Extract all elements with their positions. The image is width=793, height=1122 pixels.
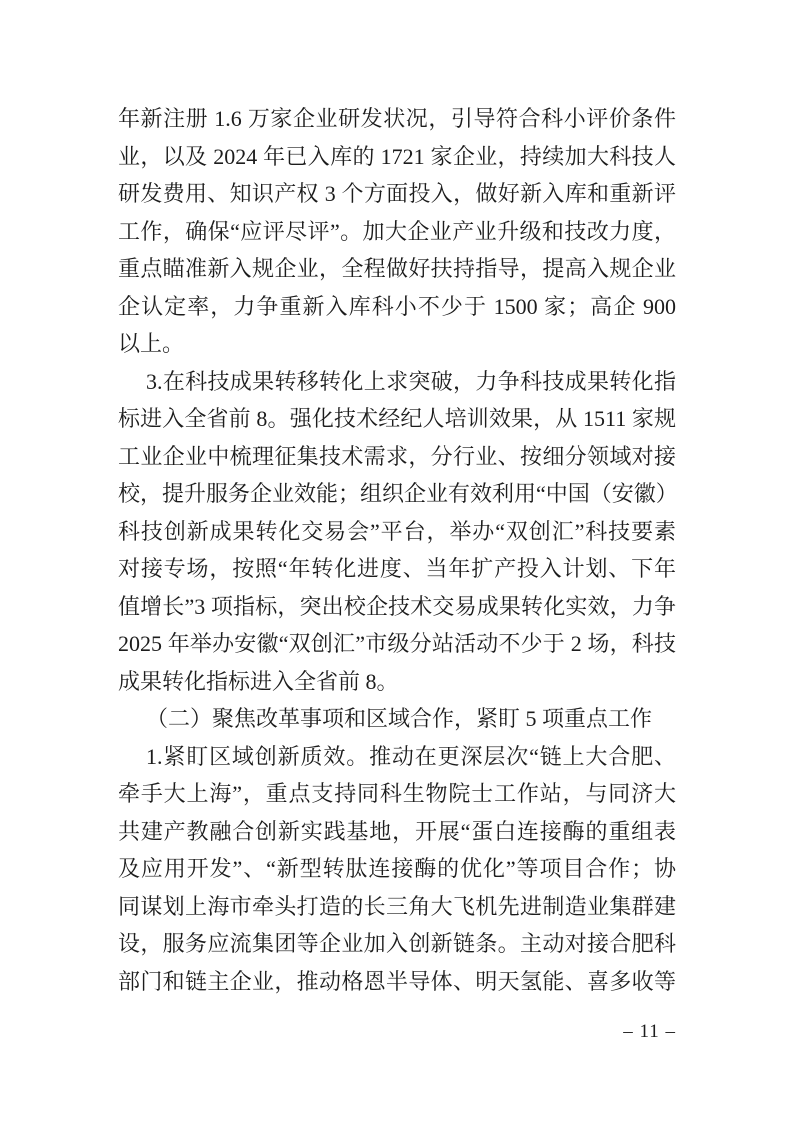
text-line: 牵手大上海”，重点支持同科生物院士工作站，与同济大学 — [118, 775, 676, 813]
section-heading: （二）聚焦改革事项和区域合作，紧盯 5 项重点工作 — [118, 700, 676, 738]
text-line: 年新注册 1.6 万家企业研发状况，引导符合科小评价条件企 — [118, 100, 676, 138]
document-body: 年新注册 1.6 万家企业研发状况，引导符合科小评价条件企 业，以及 2024 … — [118, 100, 676, 1000]
text-line: 科技创新成果转化交易会”平台，举办“双创汇”科技要素 — [118, 513, 676, 551]
text-line: 业，以及 2024 年已入库的 1721 家企业，持续加大科技人员、 — [118, 138, 676, 176]
text-line: 3.在科技成果转移转化上求突破，力争科技成果转化指 — [118, 363, 676, 401]
page-number: – 11 – — [118, 1020, 676, 1044]
text-line: 重点瞄准新入规企业，全程做好扶持指导，提高入规企业高 — [118, 250, 676, 288]
text-line: 对接专场，按照“年转化进度、当年扩产投入计划、下年产 — [118, 550, 676, 588]
text-line: 及应用开发”、“新型转肽连接酶的优化”等项目合作；协 — [118, 850, 676, 888]
text-line: 企认定率，力争重新入库科小不少于 1500 家；高企 900 家 — [118, 288, 676, 326]
text-line: 1.紧盯区域创新质效。推动在更深层次“链上大合肥、 — [118, 738, 676, 776]
text-line: 校，提升服务企业效能；组织企业有效利用“中国（安徽） — [118, 475, 676, 513]
text-line: 2025 年举办安徽“双创汇”市级分站活动不少于 2 场，科技 — [118, 625, 676, 663]
text-line: 工作，确保“应评尽评”。加大企业产业升级和技改力度， — [118, 213, 676, 251]
text-line: 值增长”3 项指标，突出校企技术交易成果转化实效，力争 — [118, 588, 676, 626]
document-page: 年新注册 1.6 万家企业研发状况，引导符合科小评价条件企 业，以及 2024 … — [0, 0, 793, 1122]
text-line: 标进入全省前 8。强化技术经纪人培训效果，从 1511 家规上 — [118, 400, 676, 438]
text-line: 成果转化指标进入全省前 8。 — [118, 663, 676, 701]
text-line: 以上。 — [118, 325, 676, 363]
text-line: 设，服务应流集团等企业加入创新链条。主动对接合肥科技 — [118, 925, 676, 963]
text-line: 共建产教融合创新实践基地，开展“蛋白连接酶的重组表达 — [118, 813, 676, 851]
text-line: 同谋划上海市牵头打造的长三角大飞机先进制造业集群建 — [118, 888, 676, 926]
text-line: 研发费用、知识产权 3 个方面投入，做好新入库和重新评价 — [118, 175, 676, 213]
text-line: 部门和链主企业，推动格恩半导体、明天氢能、喜多收等企 — [118, 963, 676, 1001]
text-line: 工业企业中梳理征集技术需求，分行业、按细分领域对接高 — [118, 438, 676, 476]
